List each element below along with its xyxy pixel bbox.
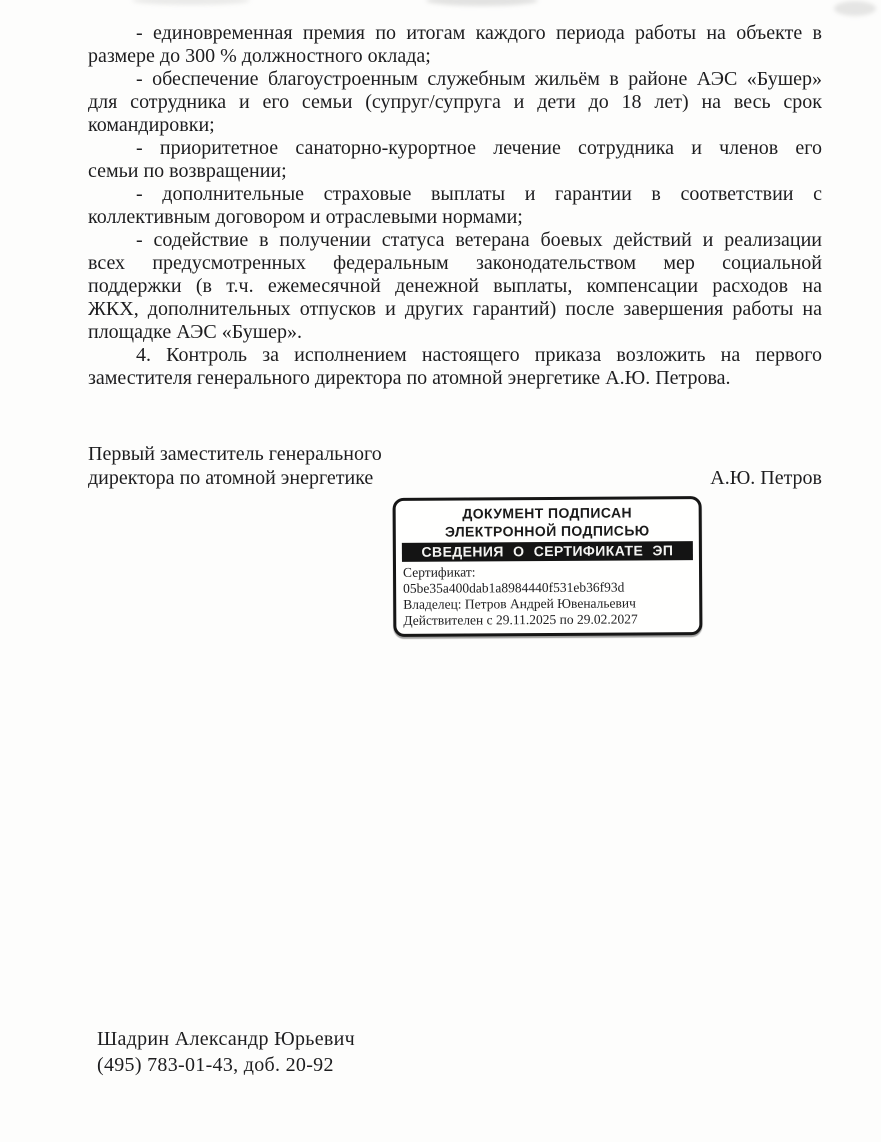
signature-block: Первый заместитель генерального директор…: [88, 442, 822, 490]
text-line: семьи по возвращении;: [88, 160, 822, 183]
paragraph-medical: - приоритетное санаторно-курортное лечен…: [88, 137, 822, 183]
text-line: для сотрудника и его семьи (супруг/супру…: [88, 91, 822, 114]
stamp-owner: Владелец: Петров Андрей Ювенальевич: [403, 595, 692, 613]
text-line: - обеспечение благоустроенным служебным …: [88, 68, 822, 91]
text-line: 4. Контроль за исполнением настоящего пр…: [88, 344, 822, 367]
scan-artifact: [132, 0, 250, 5]
text-line: заместителя генерального директора по ат…: [88, 367, 822, 390]
stamp-details: Сертификат: 05be35a400dab1a8984440f531eb…: [401, 563, 694, 629]
document-page: - единовременная премия по итогам каждог…: [0, 0, 881, 1142]
stamp-certificate-bar: СВЕДЕНИЯ О СЕРТИФИКАТЕ ЭП: [402, 541, 693, 562]
paragraph-housing: - обеспечение благоустроенным служебным …: [88, 68, 822, 137]
signer-name: А.Ю. Петров: [710, 466, 822, 490]
document-body: - единовременная премия по итогам каждог…: [88, 22, 822, 490]
text-line: площадке АЭС «Бушер».: [88, 321, 822, 344]
text-line: - приоритетное санаторно-курортное лечен…: [88, 137, 822, 160]
executor-contact: Шадрин Александр Юрьевич (495) 783-01-43…: [97, 1026, 355, 1078]
signer-position: Первый заместитель генерального директор…: [88, 442, 382, 490]
text-line: - содействие в получении статуса ветеран…: [88, 229, 822, 252]
scan-artifact: [834, 1, 876, 16]
paragraph-insurance: - дополнительные страховые выплаты и гар…: [88, 183, 822, 229]
text-line: размере до 300 % должностного оклада;: [88, 45, 822, 68]
text-line: - единовременная премия по итогам каждог…: [88, 22, 822, 45]
scan-artifact: [426, 0, 538, 6]
text-line: - дополнительные страховые выплаты и гар…: [88, 183, 822, 206]
executor-phone: (495) 783-01-43, доб. 20-92: [97, 1052, 355, 1078]
paragraph-control: 4. Контроль за исполнением настоящего пр…: [88, 344, 822, 390]
stamp-title-line1: ДОКУМЕНТ ПОДПИСАН: [401, 503, 694, 523]
executor-name: Шадрин Александр Юрьевич: [97, 1026, 355, 1052]
signer-position-line2: директора по атомной энергетике: [88, 466, 382, 490]
paragraph-bonus: - единовременная премия по итогам каждог…: [88, 22, 822, 68]
stamp-validity: Действителен с 29.11.2025 по 29.02.2027: [403, 611, 692, 629]
stamp-title-line2: ЭЛЕКТРОННОЙ ПОДПИСЬЮ: [401, 521, 694, 541]
text-line: коллективным договором и отраслевыми нор…: [88, 206, 822, 229]
text-line: командировки;: [88, 114, 822, 137]
text-line: всех предусмотренных федеральным законод…: [88, 252, 822, 275]
paragraph-veteran-status: - содействие в получении статуса ветеран…: [88, 229, 822, 344]
esignature-stamp: ДОКУМЕНТ ПОДПИСАН ЭЛЕКТРОННОЙ ПОДПИСЬЮ С…: [393, 496, 703, 637]
stamp-certificate-number: Сертификат: 05be35a400dab1a8984440f531eb…: [403, 563, 692, 597]
text-line: ЖКХ, дополнительных отпусков и других га…: [88, 298, 822, 321]
text-line: поддержки (в т.ч. ежемесячной денежной в…: [88, 275, 822, 298]
signer-position-line1: Первый заместитель генерального: [88, 442, 382, 466]
